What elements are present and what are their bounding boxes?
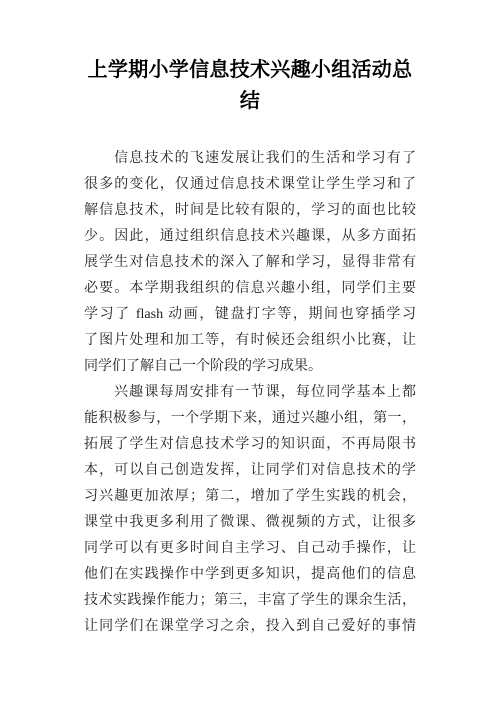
document-title-line-1: 上学期小学信息技术兴趣小组活动总 — [84, 55, 416, 86]
paragraph-line: 兴趣课每周安排有一节课，每位同学基本上都 — [84, 380, 416, 406]
document-page: 上学期小学信息技术兴趣小组活动总 结 信息技术的飞速发展让我们的生活和学习有了很… — [0, 0, 500, 708]
paragraph-line: 技术实践操作能力；第三，丰富了学生的课余生活， — [84, 588, 416, 614]
paragraph-line: 必要。本学期我组织的信息兴趣小组，同学们主要 — [84, 276, 416, 302]
document-content: 上学期小学信息技术兴趣小组活动总 结 信息技术的飞速发展让我们的生活和学习有了很… — [84, 0, 416, 640]
paragraph-line: 能积极参与，一个学期下来，通过兴趣小组，第一， — [84, 406, 416, 432]
paragraph-line: 同学们了解自己一个阶段的学习成果。 — [84, 354, 416, 380]
paragraph-line: 解信息技术，时间是比较有限的，学习的面也比较 — [84, 198, 416, 224]
document-body: 信息技术的飞速发展让我们的生活和学习有了很多的变化，仅通过信息技术课堂让学生学习… — [84, 146, 416, 640]
paragraph-line: 学习了 flash 动画，键盘打字等，期间也穿插学习 — [84, 302, 416, 328]
paragraph-line: 本，可以自己创造发挥，让同学们对信息技术的学 — [84, 458, 416, 484]
paragraph-line: 少。因此，通过组织信息技术兴趣课，从多方面拓 — [84, 224, 416, 250]
paragraph-line: 了图片处理和加工等，有时候还会组织小比赛，让 — [84, 328, 416, 354]
paragraph-line: 展学生对信息技术的深入了解和学习，显得非常有 — [84, 250, 416, 276]
paragraph-line: 很多的变化，仅通过信息技术课堂让学生学习和了 — [84, 172, 416, 198]
paragraph-line: 信息技术的飞速发展让我们的生活和学习有了 — [84, 146, 416, 172]
paragraph: 兴趣课每周安排有一节课，每位同学基本上都能积极参与，一个学期下来，通过兴趣小组，… — [84, 380, 416, 640]
paragraph-line: 课堂中我更多利用了微课、微视频的方式，让很多 — [84, 510, 416, 536]
paragraph-line: 拓展了学生对信息技术学习的知识面，不再局限书 — [84, 432, 416, 458]
paragraph-line: 同学可以有更多时间自主学习、自己动手操作，让 — [84, 536, 416, 562]
document-title: 上学期小学信息技术兴趣小组活动总 结 — [84, 55, 416, 117]
paragraph-line: 让同学们在课堂学习之余，投入到自己爱好的事情 — [84, 614, 416, 640]
document-title-line-2: 结 — [84, 86, 416, 117]
paragraph-line: 他们在实践操作中学到更多知识，提高他们的信息 — [84, 562, 416, 588]
paragraph: 信息技术的飞速发展让我们的生活和学习有了很多的变化，仅通过信息技术课堂让学生学习… — [84, 146, 416, 380]
paragraph-line: 习兴趣更加浓厚；第二，增加了学生实践的机会， — [84, 484, 416, 510]
